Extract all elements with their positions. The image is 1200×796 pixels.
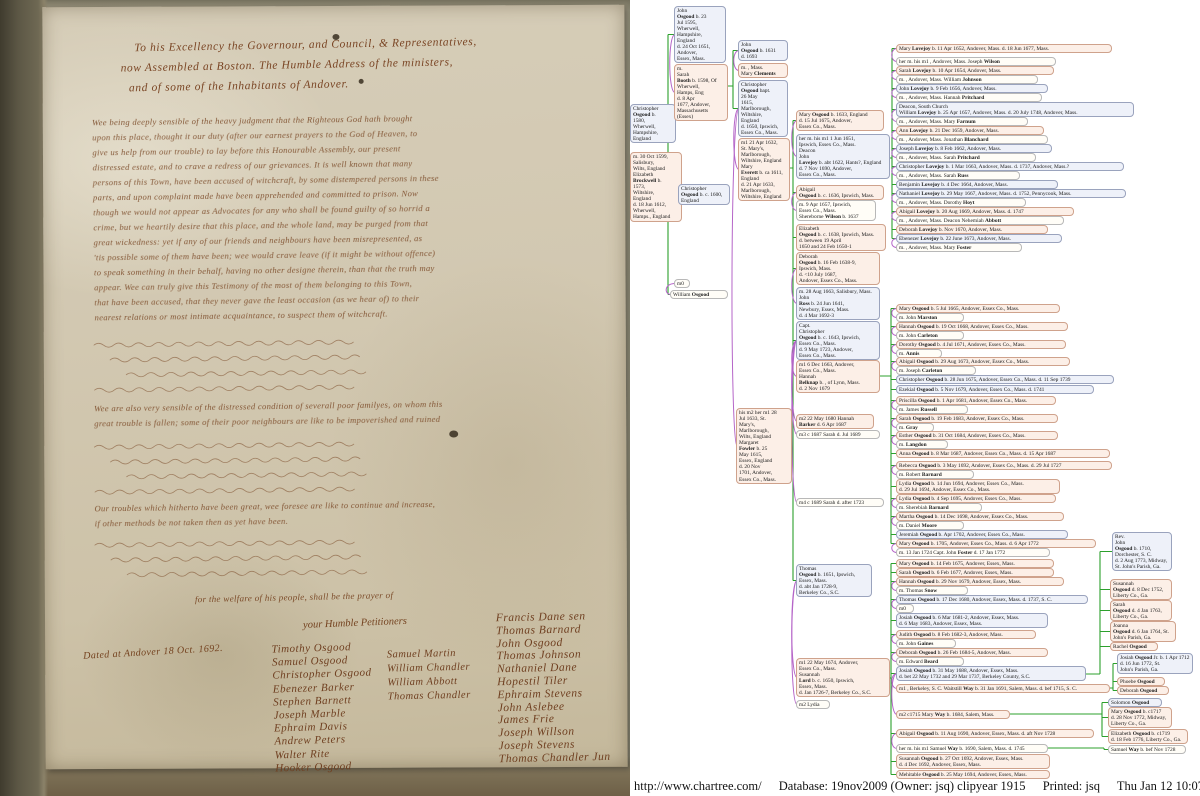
manuscript-photo: To his Excellency the Governour, and Cou… [0,0,630,796]
signature: Hooker Osgood [275,759,375,775]
person-box-R7[interactable]: Phoebe Osgood [1117,677,1165,686]
printed-datetime: Thu Jan 12 10:07:37 2023 [1117,779,1200,793]
person-box-O5[interactable]: Dorothy Osgood b. 4 Jul 1671, Andover, E… [896,340,1066,349]
person-box-O7[interactable]: Abigail Osgood b. 29 Aug 1673, Andover, … [896,357,1070,366]
person-box-T13[interactable]: m1 , Berkeley, S. C. Waitstill Way b. 31… [896,684,1110,693]
person-box-O18[interactable]: Rebecca Osgood b. 3 May 1692, Andover, E… [896,461,1112,470]
person-box-barker[interactable]: m2 22 May 1680 HannahBarker d. 6 Apr 168… [796,414,874,429]
marriage-box-m0w[interactable]: m0 [674,279,690,288]
marriage-box-O2[interactable]: m. John Marston [896,313,964,322]
person-box-L5[interactable]: John Lovejoy b. 9 Feb 1656, Andover, Mas… [896,84,1048,93]
manuscript-paper: To his Excellency the Governour, and Cou… [42,5,627,770]
person-box-thomas1651[interactable]: ThomasOsgood b. 1651, Ipswich,Essex, Mas… [796,564,872,597]
marriage-box-wilson[interactable]: m. 9 Apr 1657, Ipswich,Essex Co., Mass.S… [796,200,876,221]
printed-label: Printed: jsq [1043,779,1100,793]
database-label: Database: 19nov2009 (Owner: jsq) clipyea… [779,779,1026,793]
marriage-box-T6[interactable]: m0 [896,604,914,613]
person-box-L20[interactable]: Deborah Lovejoy b. Nov 1670, Andover, Ma… [896,225,1048,234]
illegible-handwriting [94,530,625,587]
person-box-L13[interactable]: Christopher Lovejoy b. 1 Mar 1663, Andov… [896,162,1124,171]
person-box-T5[interactable]: Thomas Osgood b. 17 Dec 1680, Andover, E… [896,595,1088,604]
person-box-fowler[interactable]: his m2 her m1 28Jul 1633, St.Mary's,Marl… [736,408,792,484]
person-box-R2[interactable]: SusannahOsgood d. 8 Dec 1752,Liberty Co.… [1110,579,1172,600]
person-box-O10[interactable]: Ezekial Osgood b. 5 Nov 1679, Andover, E… [896,385,1094,394]
signature: Thomas Chandler [388,689,471,705]
person-box-O23[interactable]: Martha Osgood b. 14 Dec 1698, Andover, E… [896,512,1064,521]
person-box-O3[interactable]: Hannah Osgood b. 19 Oct 1668, Andover, E… [896,322,1068,331]
marriage-box-O22[interactable]: m. Sherebiah Barnard [896,503,982,512]
marriage-box-O19[interactable]: m. Robert Barnard [896,470,974,479]
person-box-R6[interactable]: Josiah Osgood Jr. b. 1 Apr 1712d. 16 Jun… [1117,653,1193,674]
person-box-deborah1638[interactable]: DeborahOsgood b. 16 Feb 1638-9,Ipswich, … [796,252,880,285]
person-box-O13[interactable]: Sarah Osgood b. 19 Feb 1683, Andover, Es… [896,414,1058,423]
person-box-R3[interactable]: SarahOsgood d. 4 Jan 1763,Liberty Co., G… [1110,600,1172,621]
person-box-R11[interactable]: Elizabeth Osgood b. c1719d. 18 Feb 1776,… [1108,729,1188,744]
person-box-O1[interactable]: Mary Osgood b. 5 Jul 1665, Andover, Esse… [896,304,1060,313]
marriage-box-L17[interactable]: m. , Andover, Mass. Dorothy Hoyt [896,198,1026,207]
chart-footer: http://www.chartree.com/ Database: 19nov… [634,779,1200,794]
marriage-box-L14[interactable]: m. , Andover, Mass. Sarah Russ [896,171,1020,180]
person-box-O15[interactable]: Esther Osgood b. 31 Oct 1684, Andover, E… [896,431,1058,440]
person-box-T18[interactable]: Mehitable Osgood b. 25 May 1694, Andover… [896,770,1050,779]
manuscript-body: Our troubles which hitherto have been gr… [94,494,634,531]
marriage-box-L12[interactable]: m. , Andover, Mass. Sarah Pritchard [896,153,1036,162]
person-box-T7[interactable]: Josiah Osgood b. 6 Mar 1681-2, Andover, … [896,613,1048,628]
person-box-L11[interactable]: Joseph Lovejoy b. 8 Feb 1662, Andover, M… [896,144,1052,153]
person-box-booth[interactable]: m.SarahBooth b. 1598, OfWherwell,Hamps, … [674,64,728,121]
petitioners-label: your Humble Petitioners [303,616,407,631]
chartree-url: http://www.chartree.com/ [634,779,762,793]
manuscript-body: Wee are also very sensible of the distre… [94,394,634,431]
marriage-box-O16[interactable]: m. Langdon [896,440,948,449]
person-box-chrisbapt[interactable]: ChristopherOsgood bapt.26 May1615,Marlbo… [738,80,788,137]
person-box-R1[interactable]: Rev.JohnOsgood b. 1710,Dorchester, S. C.… [1112,532,1172,571]
person-box-O9[interactable]: Christopher Osgood b. 28 Jun 1675, Andov… [896,375,1114,384]
person-box-john1595[interactable]: JohnOsgood b. 23Jul 1595,Wherwell,Hampsh… [674,6,726,63]
person-box-lovejoy[interactable]: her m. his m1 1 Jun 1651,Ipswich, Essex … [796,134,890,179]
marriage-box-T16[interactable]: her m. his m1 Samuel Way b. 1690, Salem,… [896,744,1048,753]
person-box-ross[interactable]: m. 28 Aug 1663, Salisbury, Mass.JohnRoss… [796,287,880,320]
person-box-mary1633[interactable]: Mary Osgood b. 1633, Englandd. 15 Jul 16… [796,110,884,131]
person-box-T17[interactable]: Susannah Osgood b. 27 Oct 1692, Andover,… [896,754,1050,769]
person-box-everett[interactable]: m1 21 Apr 1632,St. Mary's,Marlborough,Wi… [738,138,790,201]
manuscript-heading: To his Excellency the Governour, and Cou… [134,29,615,98]
person-box-O21[interactable]: Lydia Osgood b. 4 Sep 1695, Andover, Ess… [896,494,1056,503]
marriage-box-O24[interactable]: m. Daniel Moore [896,521,964,530]
signatures-column-1: Timothy OsgoodSamuel OsgoodChristopher O… [271,641,374,776]
illegible-handwriting [94,330,625,401]
person-box-L3[interactable]: Sarah Lovejoy b. 10 Apr 1654, Andover, M… [896,66,1054,75]
person-box-T3[interactable]: Hannah Osgood b. 29 Nov 1679, Andover, E… [896,577,1064,586]
person-box-clements[interactable]: m. , Mass.Mary Clements [738,63,788,78]
marriage-box-O4[interactable]: m. John Carleton [896,331,964,340]
signature: William Chandler [387,661,470,677]
marriage-box-L10[interactable]: m. , Andover, Mass. Jonathan Blanchard [896,135,1048,144]
marriage-box-L2[interactable]: her m. his m1 , Andover, Mass. Joseph Wi… [896,57,1056,66]
marriage-box-L6[interactable]: m. , Andover, Mass. Hannah Pritchard [896,93,1042,102]
manuscript-body: Wee being deeply sensible of the heavy j… [92,108,635,325]
marriage-box-L4[interactable]: m. , Andover, Mass. William Johnson [896,75,1038,84]
person-box-L7[interactable]: Deacon, South ChurchWilliam Lovejoy b. 2… [896,102,1134,117]
person-box-R4[interactable]: JoannaOsgood d. 6 Jan 1764, St.John's Pa… [1110,621,1176,642]
illegible-handwriting [94,432,625,503]
person-box-T8[interactable]: Judith Osgood b. 8 Feb 1682-3, Andover, … [896,630,1036,639]
marriage-box-L22[interactable]: m. , Andover, Mass. Mary Foster [896,243,1022,252]
person-box-R8[interactable]: Deborah Osgood [1117,686,1169,695]
marriage-box-O12[interactable]: m. James Russell [896,405,968,414]
person-box-R9[interactable]: Solomon Osgood [1108,698,1162,707]
signatures-column-3: Francis Dane senThomas BarnardJohn Osgoo… [496,610,611,766]
person-box-O20[interactable]: Lydia Osgood b. 14 Jun 1694, Andover, Es… [896,479,1060,494]
person-box-L18[interactable]: Abigail Lovejoy b. 20 Aug 1669, Andover,… [896,207,1074,216]
person-box-L9[interactable]: Ann Lovejoy b. 21 Dec 1659, Andover, Mas… [896,126,1044,135]
person-box-T12[interactable]: Josiah Osgood b. 31 May 1688, Andover, E… [896,666,1086,681]
marriage-box-L8[interactable]: m. , Andover, Mass. Mary Farnum [896,117,1028,126]
person-box-L16[interactable]: Nathaniel Lovejoy b. 29 May 1667, Andove… [896,189,1126,198]
person-box-T14[interactable]: m2 c1715 Mary Way b. 1684, Salem, Mass. [896,710,1010,719]
person-box-O25[interactable]: Jeremiah Osgood b. Apr 1702, Andover, Es… [896,530,1068,539]
signatures-column-2: Samuel MartinWilliam ChandlerWilliam Abb… [387,647,471,705]
person-box-O26[interactable]: Mary Osgood b. 1705, Andover, Essex Co.,… [896,539,1096,548]
ink-blot [449,430,458,437]
marriage-box-m4sarah[interactable]: m4 c 1689 Sarah d. after 1723 [796,498,884,507]
person-box-R10[interactable]: Mary Osgood b. c1717d. 28 Nov 1772, Midw… [1108,707,1172,728]
marriage-box-m3sarah[interactable]: m3 c 1687 Sarah d. Jul 1689 [796,430,880,439]
marriage-box-T4[interactable]: m. Thomas Snow [896,586,968,595]
ink-blot [332,34,339,40]
marriage-box-m2lydia[interactable]: m2 Lydia [796,700,830,709]
marriage-box-T9[interactable]: m. John Gaines [896,639,956,648]
closing-line: for the welfare of his people, shall be … [195,590,393,604]
marriage-box-L19[interactable]: m. , Andover, Mass. Deacon Nehemiah Abbo… [896,216,1064,225]
person-box-rootB[interactable]: m. 30 Oct 1599,Salisbury,Wilts, EnglandE… [630,152,682,222]
dated-line: Dated at Andover 18 Oct. 1692. [83,643,223,662]
person-box-rootA[interactable]: ChristopherOsgood b.1580,Wherwell,Hampsh… [630,104,676,143]
person-box-eliz1638[interactable]: ElizabethOsgood b. c. 1638, Ipswich, Mas… [796,224,886,251]
person-box-T1[interactable]: Mary Osgood b. 14 Feb 1675, Andover, Ess… [896,559,1054,568]
marriage-box-william[interactable]: William Osgood [670,290,728,299]
person-box-T10[interactable]: Deborah Osgood b. 26 Feb 1684-5, Andover… [896,648,1048,657]
ink-blot [359,79,364,84]
person-box-O17[interactable]: Anna Osgood b. 8 Mar 1687, Andover, Esse… [896,449,1110,458]
person-box-L15[interactable]: Benjamin Lovejoy b. 4 Dec 1664, Andover,… [896,180,1058,189]
tree-nodes: ChristopherOsgood b.1580,Wherwell,Hampsh… [630,0,1200,796]
marriage-box-R12[interactable]: Samuel Way b. bef Nov 1728 [1108,745,1186,754]
marriage-box-T11[interactable]: m. Edward Beard [896,657,964,666]
person-box-T15[interactable]: Abigail Osgood b. 11 Aug 1690, Andover, … [896,729,1094,738]
family-tree-chart: ChristopherOsgood b.1580,Wherwell,Hampsh… [630,0,1200,796]
person-box-lord[interactable]: m1 22 May 1674, Andover,Essex Co., Mass.… [796,658,890,697]
person-box-john1631[interactable]: JohnOsgood b. 1631d. 1693 [738,40,788,61]
signature: Thomas Chandler Jun [499,751,611,766]
person-box-O11[interactable]: Priscilla Osgood b. 1 Apr 1681, Andover,… [896,396,1056,405]
marriage-box-O27[interactable]: m. 13 Jan 1724 Capt. John Foster d. 17 J… [896,548,1050,557]
person-box-R5[interactable]: Rachel Osgood [1110,642,1158,651]
person-box-abigail1636[interactable]: AbigailOsgood b. c. 1636, Ipswich, Mass. [796,185,884,200]
person-box-T2[interactable]: Sarah Osgood b. 6 Feb 1677, Andover, Ess… [896,568,1054,577]
person-box-captchris[interactable]: Capt.ChristopherOsgood b. c. 1643, Ipswi… [796,321,880,360]
person-box-L21[interactable]: Ebenezer Lovejoy b. 22 June 1673, Andove… [896,234,1062,243]
person-box-belknap[interactable]: m1 6 Dec 1663, Andover,Essex Co., Mass.H… [796,360,880,393]
marriage-box-O8[interactable]: m. Joseph Carleton [896,366,976,375]
chartree-page: To his Excellency the Governour, and Cou… [0,0,1200,796]
person-box-L1[interactable]: Mary Lovejoy b. 11 Apr 1652, Andover, Ma… [896,44,1112,53]
person-box-chris1600[interactable]: ChristopherOsgood b. c. 1600,England [678,184,730,205]
